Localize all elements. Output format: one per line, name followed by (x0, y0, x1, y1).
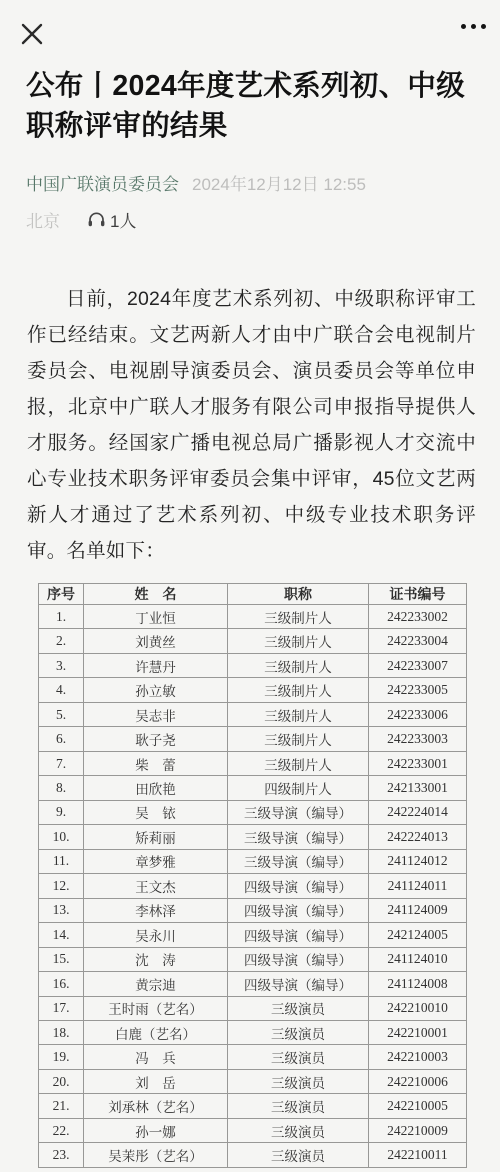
row-index-cell: 13. (39, 898, 84, 922)
row-index-cell: 8. (39, 776, 84, 800)
table-header-row: 序号 姓 名 职称 证书编号 (39, 584, 467, 605)
table-row: 13.李林泽四级导演（编导）241124009 (39, 898, 467, 922)
certificate-cell: 242233007 (369, 653, 467, 677)
name-cell: 沈 涛 (84, 947, 228, 971)
table-row: 23.吴茉彤（艺名）三级演员242210011 (39, 1143, 467, 1168)
row-index-cell: 11. (39, 849, 84, 873)
name-cell: 孙一娜 (84, 1118, 228, 1142)
table-row: 17.王时雨（艺名）三级演员242210010 (39, 996, 467, 1020)
header-name: 姓 名 (84, 584, 228, 605)
results-table-body: 1.丁业恒三级制片人2422330022.刘黄丝三级制片人2422330043.… (39, 605, 467, 1168)
row-index-cell: 1. (39, 605, 84, 629)
row-index-cell: 2. (39, 629, 84, 653)
title-cell: 三级演员 (228, 1020, 369, 1044)
name-cell: 吴 铱 (84, 800, 228, 824)
listen-count[interactable]: 1人 (87, 207, 136, 232)
results-table: 序号 姓 名 职称 证书编号 1.丁业恒三级制片人2422330022.刘黄丝三… (38, 583, 467, 1168)
row-index-cell: 19. (39, 1045, 84, 1069)
title-cell: 三级制片人 (228, 727, 369, 751)
title-cell: 三级演员 (228, 1045, 369, 1069)
name-cell: 柴 蕾 (84, 751, 228, 775)
row-index-cell: 16. (39, 972, 84, 996)
name-cell: 吴志非 (84, 702, 228, 726)
close-icon[interactable] (20, 22, 44, 46)
title-cell: 三级演员 (228, 1118, 369, 1142)
byline: 中国广联演员委员会 2024年12月12日 12:55 (26, 170, 366, 195)
name-cell: 王文杰 (84, 874, 228, 898)
article-body: 日前，2024年度艺术系列初、中级职称评审工作已经结束。文艺两新人才由中广联合会… (27, 281, 476, 569)
name-cell: 矫莉丽 (84, 825, 228, 849)
table-row: 15.沈 涛四级导演（编导）241124010 (39, 947, 467, 971)
row-index-cell: 23. (39, 1143, 84, 1168)
certificate-cell: 242224014 (369, 800, 467, 824)
name-cell: 许慧丹 (84, 653, 228, 677)
certificate-cell: 241124012 (369, 849, 467, 873)
certificate-cell: 242210003 (369, 1045, 467, 1069)
table-row: 14.吴永川四级导演（编导）242124005 (39, 923, 467, 947)
table-row: 11.章梦雅三级导演（编导）241124012 (39, 849, 467, 873)
title-cell: 四级制片人 (228, 776, 369, 800)
certificate-cell: 242210011 (369, 1143, 467, 1168)
publish-date: 2024年12月12日 12:55 (192, 170, 366, 195)
title-cell: 三级导演（编导） (228, 849, 369, 873)
title-cell: 四级导演（编导） (228, 972, 369, 996)
row-index-cell: 17. (39, 996, 84, 1020)
certificate-cell: 242210006 (369, 1069, 467, 1093)
row-index-cell: 15. (39, 947, 84, 971)
table-row: 7.柴 蕾三级制片人242233001 (39, 751, 467, 775)
row-index-cell: 22. (39, 1118, 84, 1142)
table-row: 3.许慧丹三级制片人242233007 (39, 653, 467, 677)
header-certificate: 证书编号 (369, 584, 467, 605)
name-cell: 吴茉彤（艺名） (84, 1143, 228, 1168)
name-cell: 黄宗迪 (84, 972, 228, 996)
location-label: 北京 (26, 207, 60, 232)
title-cell: 三级制片人 (228, 678, 369, 702)
table-row: 8.田欣艳四级制片人242133001 (39, 776, 467, 800)
name-cell: 白鹿（艺名） (84, 1020, 228, 1044)
certificate-cell: 242233006 (369, 702, 467, 726)
table-row: 20.刘 岳三级演员242210006 (39, 1069, 467, 1093)
certificate-cell: 242210001 (369, 1020, 467, 1044)
name-cell: 丁业恒 (84, 605, 228, 629)
name-cell: 耿子尧 (84, 727, 228, 751)
title-cell: 四级导演（编导） (228, 923, 369, 947)
row-index-cell: 10. (39, 825, 84, 849)
certificate-cell: 242233001 (369, 751, 467, 775)
header-title: 职称 (228, 584, 369, 605)
certificate-cell: 242124005 (369, 923, 467, 947)
title-cell: 三级制片人 (228, 751, 369, 775)
more-dot (461, 24, 466, 29)
header-index: 序号 (39, 584, 84, 605)
row-index-cell: 21. (39, 1094, 84, 1118)
table-row: 5.吴志非三级制片人242233006 (39, 702, 467, 726)
more-dot (481, 24, 486, 29)
name-cell: 王时雨（艺名） (84, 996, 228, 1020)
title-cell: 三级导演（编导） (228, 825, 369, 849)
title-cell: 三级演员 (228, 1094, 369, 1118)
row-index-cell: 9. (39, 800, 84, 824)
certificate-cell: 242233003 (369, 727, 467, 751)
name-cell: 刘承林（艺名） (84, 1094, 228, 1118)
title-cell: 三级制片人 (228, 653, 369, 677)
name-cell: 章梦雅 (84, 849, 228, 873)
table-row: 2.刘黄丝三级制片人242233004 (39, 629, 467, 653)
table-row: 22.孙一娜三级演员242210009 (39, 1118, 467, 1142)
table-row: 19.冯 兵三级演员242210003 (39, 1045, 467, 1069)
title-cell: 三级制片人 (228, 702, 369, 726)
title-cell: 三级制片人 (228, 605, 369, 629)
table-row: 16.黄宗迪四级导演（编导）241124008 (39, 972, 467, 996)
meta-row: 北京 1人 (26, 207, 136, 232)
certificate-cell: 242224013 (369, 825, 467, 849)
row-index-cell: 4. (39, 678, 84, 702)
table-row: 10.矫莉丽三级导演（编导）242224013 (39, 825, 467, 849)
row-index-cell: 20. (39, 1069, 84, 1093)
certificate-cell: 242210005 (369, 1094, 467, 1118)
table-row: 12.王文杰四级导演（编导）241124011 (39, 874, 467, 898)
listen-count-label: 1人 (110, 207, 136, 232)
table-row: 4.孙立敏三级制片人242233005 (39, 678, 467, 702)
title-cell: 三级演员 (228, 1069, 369, 1093)
row-index-cell: 7. (39, 751, 84, 775)
certificate-cell: 242210010 (369, 996, 467, 1020)
title-cell: 三级演员 (228, 996, 369, 1020)
title-cell: 三级演员 (228, 1143, 369, 1168)
certificate-cell: 242233004 (369, 629, 467, 653)
row-index-cell: 14. (39, 923, 84, 947)
table-row: 9.吴 铱三级导演（编导）242224014 (39, 800, 467, 824)
table-row: 1.丁业恒三级制片人242233002 (39, 605, 467, 629)
certificate-cell: 242133001 (369, 776, 467, 800)
page-title: 公布丨2024年度艺术系列初、中级职称评审的结果 (26, 66, 482, 146)
certificate-cell: 241124011 (369, 874, 467, 898)
name-cell: 吴永川 (84, 923, 228, 947)
author-link[interactable]: 中国广联演员委员会 (26, 170, 179, 195)
headphones-icon (87, 211, 106, 228)
row-index-cell: 3. (39, 653, 84, 677)
certificate-cell: 242233005 (369, 678, 467, 702)
title-cell: 三级制片人 (228, 629, 369, 653)
row-index-cell: 5. (39, 702, 84, 726)
name-cell: 冯 兵 (84, 1045, 228, 1069)
name-cell: 田欣艳 (84, 776, 228, 800)
title-cell: 四级导演（编导） (228, 874, 369, 898)
table-row: 18.白鹿（艺名）三级演员242210001 (39, 1020, 467, 1044)
more-dot (471, 24, 476, 29)
title-cell: 三级导演（编导） (228, 800, 369, 824)
name-cell: 刘 岳 (84, 1069, 228, 1093)
row-index-cell: 6. (39, 727, 84, 751)
row-index-cell: 12. (39, 874, 84, 898)
table-row: 21.刘承林（艺名）三级演员242210005 (39, 1094, 467, 1118)
certificate-cell: 241124010 (369, 947, 467, 971)
title-cell: 四级导演（编导） (228, 898, 369, 922)
table-row: 6.耿子尧三级制片人242233003 (39, 727, 467, 751)
name-cell: 李林泽 (84, 898, 228, 922)
more-icon[interactable] (461, 16, 486, 36)
certificate-cell: 242233002 (369, 605, 467, 629)
certificate-cell: 241124008 (369, 972, 467, 996)
row-index-cell: 18. (39, 1020, 84, 1044)
name-cell: 刘黄丝 (84, 629, 228, 653)
certificate-cell: 242210009 (369, 1118, 467, 1142)
certificate-cell: 241124009 (369, 898, 467, 922)
name-cell: 孙立敏 (84, 678, 228, 702)
title-cell: 四级导演（编导） (228, 947, 369, 971)
